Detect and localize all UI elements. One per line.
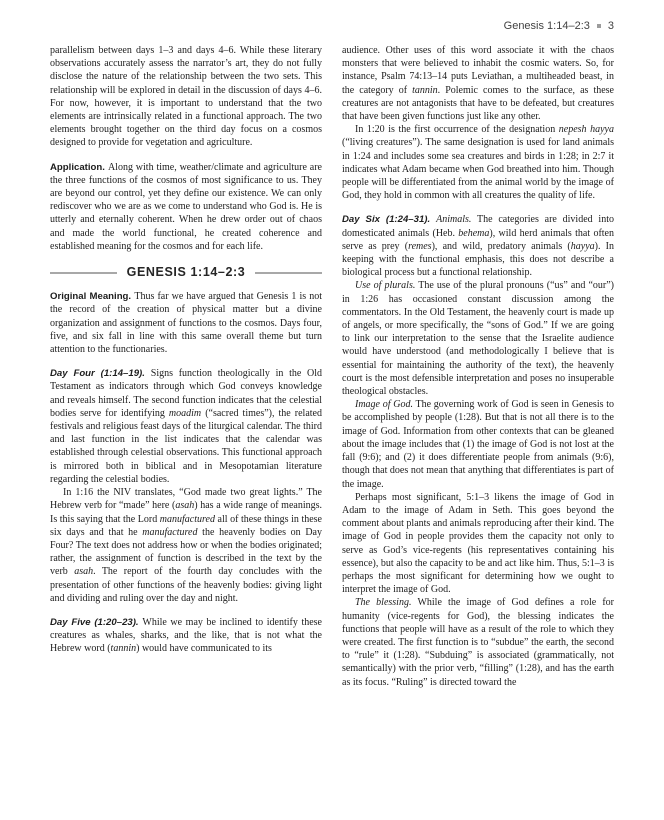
bold-italic-lead: Day Six (1:24–31).: [342, 214, 436, 225]
bold-italic-lead: Day Five (1:20–23).: [50, 617, 142, 628]
text-run: The use of the plural pronouns (“us” and…: [342, 280, 614, 397]
paragraph: Image of God. The governing work of God …: [342, 398, 614, 490]
paragraph: In 1:20 is the first occurrence of the d…: [342, 123, 614, 202]
text-run: Along with time, weather/climate and agr…: [50, 162, 322, 252]
text-run: While the image of God defines a role fo…: [342, 597, 614, 687]
book-page: Genesis 1:14–2:3 3 parallelism between d…: [0, 0, 664, 820]
paragraph: Original Meaning. Thus far we have argue…: [50, 290, 322, 356]
paragraph: Day Five (1:20–23). While we may be incl…: [50, 616, 322, 656]
paragraph: Day Six (1:24–31). Animals. The categori…: [342, 213, 614, 279]
paragraph: Use of plurals. The use of the plural pr…: [342, 279, 614, 398]
paragraph: Day Four (1:14–19). Signs function theol…: [50, 367, 322, 486]
bold-italic-lead: Day Four (1:14–19).: [50, 368, 151, 379]
square-bullet-icon: [597, 24, 601, 28]
italic-run: asah: [74, 566, 93, 577]
paragraph: In 1:16 the NIV translates, “God made tw…: [50, 486, 322, 605]
italic-run: hayya: [571, 241, 595, 252]
italic-run: asah: [175, 500, 194, 511]
italic-run: moadim: [169, 408, 201, 419]
italic-run: behema: [458, 228, 489, 239]
section-heading-title: GENESIS 1:14–2:3: [127, 266, 246, 279]
text-run: The governing work of God is seen in Gen…: [342, 399, 614, 489]
heading-rule: [50, 272, 117, 274]
italic-run: manufactured: [142, 527, 197, 538]
italic-run: tannin: [412, 85, 438, 96]
paragraph: Application. Along with time, weather/cl…: [50, 161, 322, 253]
text-run: ), and wild, predatory animals (: [432, 241, 571, 252]
italic-run: tannin: [111, 643, 137, 654]
bold-lead: Original Meaning.: [50, 291, 134, 302]
bold-lead: Application.: [50, 162, 108, 173]
italic-run: manufactured: [160, 514, 215, 525]
paragraph: Perhaps most significant, 5:1–3 likens t…: [342, 491, 614, 597]
italic-run: nepesh hayya: [559, 124, 614, 135]
section-heading: GENESIS 1:14–2:3: [50, 266, 322, 279]
italic-run: The blessing.: [355, 597, 411, 608]
running-header: Genesis 1:14–2:3 3: [504, 20, 614, 32]
text-run: Perhaps most significant, 5:1–3 likens t…: [342, 492, 614, 595]
text-run: parallelism between days 1–3 and days 4–…: [50, 45, 322, 148]
paragraph: The blessing. While the image of God def…: [342, 596, 614, 688]
running-head-title: Genesis 1:14–2:3: [504, 20, 590, 32]
italic-run: Animals.: [436, 214, 471, 225]
italic-run: Image of God.: [355, 399, 413, 410]
italic-run: remes: [408, 241, 432, 252]
right-column: audience. Other uses of this word associ…: [342, 44, 614, 689]
paragraph: audience. Other uses of this word associ…: [342, 44, 614, 123]
text-columns: parallelism between days 1–3 and days 4–…: [50, 44, 614, 689]
italic-run: Use of plurals.: [355, 280, 415, 291]
text-run: (“living creatures”). The same designati…: [342, 137, 614, 201]
page-number: 3: [608, 20, 614, 32]
text-run: (“sacred times”), the related festivals …: [50, 408, 322, 485]
paragraph: parallelism between days 1–3 and days 4–…: [50, 44, 322, 150]
text-run: In 1:20 is the first occurrence of the d…: [355, 124, 559, 135]
text-run: ) would have communicated to its: [136, 643, 272, 654]
heading-rule: [255, 272, 322, 274]
left-column: parallelism between days 1–3 and days 4–…: [50, 44, 322, 689]
